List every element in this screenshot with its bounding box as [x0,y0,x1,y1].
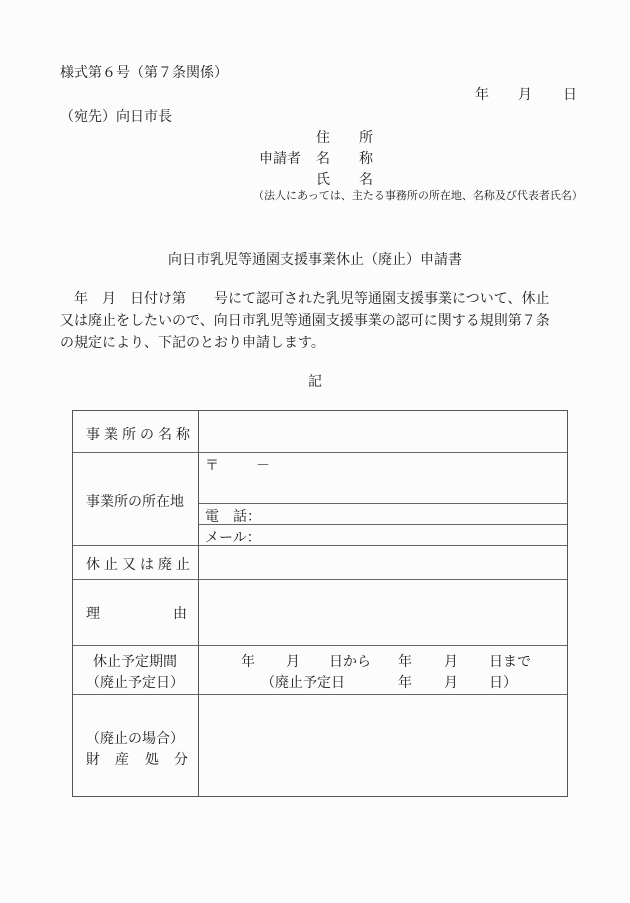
period-start-month: 月 [286,651,300,671]
property-label-char-4: 分 [174,749,188,769]
office-location-label: 事業所の所在地 [86,491,184,511]
applicant-label: 申請者 [259,148,301,168]
date-day-label: 日 [563,84,577,104]
abolish-date-prefix: （廃止予定日 [261,672,345,692]
addressee: （宛先）向日市長 [60,106,172,126]
row-divider [199,503,567,504]
applicant-person-label-1: 氏 [316,169,330,189]
document-body: 年 月 日付け第 号にて認可された乳児等通園支援事業について、休止 又は廃止をし… [60,288,580,354]
date-year-label: 年 [475,84,489,104]
email-label: メール： [205,527,261,547]
row-divider [73,645,567,646]
applicant-person-label-2: 名 [359,169,373,189]
applicant-address-label-2: 所 [359,127,373,147]
suspend-or-abolish-field[interactable] [201,547,565,578]
applicant-note: （法人にあっては、主たる事務所の所在地、名称及び代表者氏名） [253,187,583,203]
suspend-or-abolish-label: 休止又は廃止 [86,554,194,574]
abolish-date-year: 年 [398,672,412,692]
body-line-1: 年 月 日付け第 号にて認可された乳児等通園支援事業について、休止 [60,288,580,310]
property-disposal-field[interactable] [201,697,565,795]
phone-field[interactable] [263,505,563,523]
period-end-month: 月 [444,651,458,671]
body-line-3: の規定により、下記のとおり申請します。 [60,332,580,354]
reason-field[interactable] [201,581,565,644]
form-number: 様式第６号（第７条関係） [60,62,228,82]
applicant-address-label-1: 住 [316,127,330,147]
body-line-2: 又は廃止をしたいので、向日市乳児等通園支援事業の認可に関する規則第７条 [60,310,580,332]
period-end-day: 日まで [489,651,531,671]
abolish-date-month: 月 [444,672,458,692]
row-divider [73,545,567,546]
reason-label-right: 由 [173,603,187,623]
ki-heading: 記 [0,371,630,391]
column-divider [198,411,199,796]
applicant-name-label-2: 称 [359,148,373,168]
property-label-line1: （廃止の場合） [86,728,184,748]
document-title: 向日市乳児等通園支援事業休止（廃止）申請書 [0,249,630,269]
applicant-name-label-1: 名 [316,148,330,168]
row-divider [73,694,567,695]
row-divider [73,579,567,580]
application-table: 事業所の名称 事業所の所在地 〒 － 電 話： メール： 休止又は廃止 理 由 … [72,410,568,797]
reason-label-left: 理 [86,603,100,623]
property-label-char-1: 財 [86,749,100,769]
period-label-line2: （廃止予定日） [86,672,184,692]
property-label-char-3: 処 [145,749,159,769]
period-end-year: 年 [398,651,412,671]
period-start-year: 年 [241,651,255,671]
email-field[interactable] [263,526,563,544]
date-month-label: 月 [518,84,532,104]
office-name-label: 事業所の名称 [86,424,194,444]
period-start-day: 日から [329,651,371,671]
abolish-date-day: 日） [489,672,517,692]
property-label-char-2: 産 [115,749,129,769]
office-name-field[interactable] [201,413,565,451]
period-label-line1: 休止予定期間 [93,651,177,671]
office-address-field[interactable] [201,453,565,502]
phone-label: 電 話： [205,506,261,526]
